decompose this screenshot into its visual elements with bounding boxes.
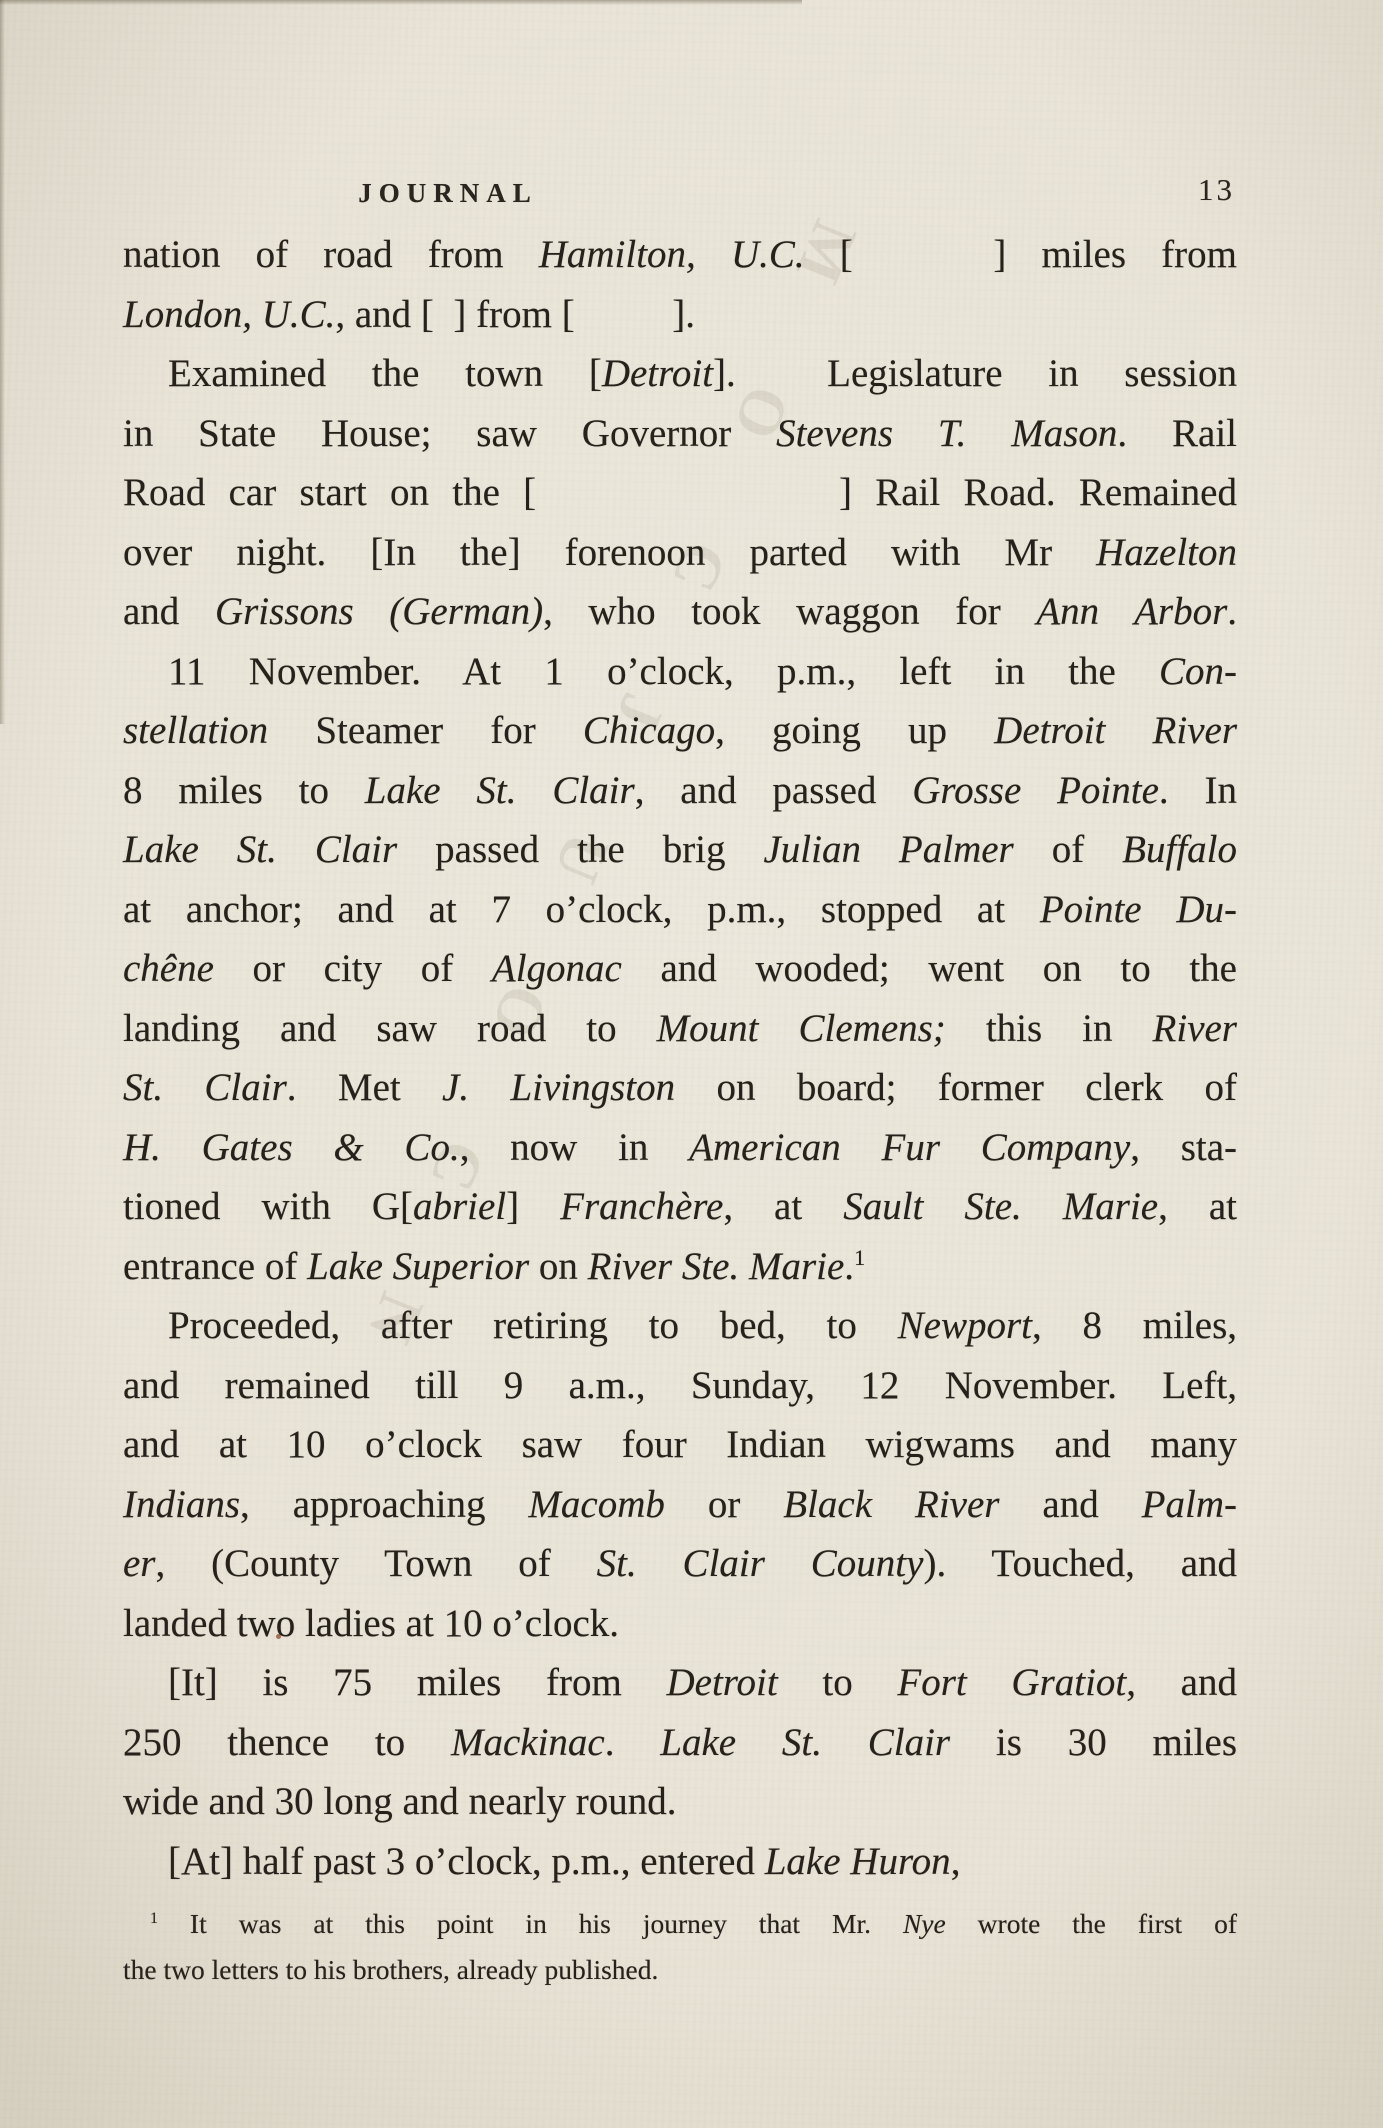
paragraph-newport: Proceeded, after retiring to bed, to New… [123,1296,1237,1653]
text-run: over night. [In the] forenoon parted wit… [123,531,1096,574]
text-run: , at [723,1185,843,1228]
text-run: . Met [287,1066,442,1109]
text-line: over night. [In the] forenoon parted wit… [123,523,1237,583]
italic-text-run: Fort Gratiot [897,1661,1126,1704]
italic-text-run: Lake St. Clair [660,1721,950,1764]
italic-text-run: Buffalo [1122,828,1237,871]
text-run: . [1227,590,1237,633]
text-run: , [951,1840,961,1883]
text-line: 1 It was at this point in his journey th… [123,1901,1237,1947]
text-line: 11 November. At 1 o’clock, p.m., left in… [123,642,1237,702]
italic-text-run: Nye [903,1908,946,1939]
text-run: [ ] miles from [805,233,1237,276]
text-line: Indians, approaching Macomb or Black Riv… [123,1475,1237,1535]
text-line: 8 miles to Lake St. Clair, and passed Gr… [123,761,1237,821]
text-run: and [123,590,215,633]
paragraph-detroit: Examined the town [Detroit]. Legislature… [123,344,1237,642]
text-block: JOURNAL 13 nation of road from Hamilton,… [123,177,1237,1993]
text-line: in State House; saw Governor Stevens T. … [123,404,1237,464]
text-line: at anchor; and at 7 o’clock, p.m., stopp… [123,880,1237,940]
italic-text-run: abriel [413,1185,506,1228]
text-line: Lake St. Clair passed the brig Julian Pa… [123,820,1237,880]
text-line: and at 10 o’clock saw four Indian wigwam… [123,1415,1237,1475]
italic-text-run: London, U.C. [123,293,335,336]
text-line: and Grissons (German), who took waggon f… [123,582,1237,642]
italic-text-run: Mackinac [451,1721,605,1764]
footnote-marker: 1 [854,1245,865,1270]
text-run: tioned with G[ [123,1185,413,1228]
italic-text-run: Pointe Du- [1040,888,1237,931]
text-run: , (County Town of [156,1542,597,1585]
text-run: this in [946,1007,1153,1050]
text-line: H. Gates & Co., now in American Fur Comp… [123,1118,1237,1178]
text-line: landed two ladies at 10 o’clock. [123,1594,1237,1654]
italic-text-run: Franchère [560,1185,723,1228]
italic-text-run: Grissons (German) [215,590,543,633]
text-line: London, U.C., and [ ] from [ ]. [123,285,1237,345]
text-run: ] [506,1185,560,1228]
text-run: and [999,1483,1141,1526]
text-line: and remained till 9 a.m., Sunday, 12 Nov… [123,1356,1237,1416]
text-line: nation of road from Hamilton, U.C. [ ] m… [123,225,1237,285]
text-run: entrance of [123,1245,307,1288]
italic-text-run: chêne [123,947,214,990]
text-run: on board; former clerk of [675,1066,1237,1109]
italic-text-run: Sault Ste. Marie [843,1185,1158,1228]
text-run: [At] half past 3 o’clock, p.m., entered [168,1840,765,1883]
text-line: [It] is 75 miles from Detroit to Fort Gr… [123,1653,1237,1713]
text-run: Proceeded, after retiring to bed, to [168,1304,898,1347]
scan-edge-top [0,0,802,5]
scanned-page: { "colors": { "paper": "#e9e4d8", "ink":… [0,0,1383,2128]
italic-text-run: Lake Huron [765,1840,951,1883]
italic-text-run: Lake St. Clair [365,769,635,812]
paragraph-lake-huron: [At] half past 3 o’clock, p.m., entered … [123,1832,1237,1892]
text-run: It was at this point in his journey that… [158,1908,903,1939]
italic-text-run: Black River [783,1483,999,1526]
italic-text-run: Macomb [528,1483,664,1526]
page-title: JOURNAL [358,178,538,209]
italic-text-run: St. Clair [123,1066,287,1109]
text-run: or city of [214,947,492,990]
italic-text-run: Lake Superior [307,1245,529,1288]
text-run: [It] is 75 miles from [168,1661,666,1704]
text-run: or [665,1483,783,1526]
text-line: Examined the town [Detroit]. Legislature… [123,344,1237,404]
italic-text-run: Con- [1159,650,1237,693]
scan-edge-left [0,0,5,724]
italic-text-run: Hamilton, U.C. [539,233,805,276]
text-run: , now in [460,1126,689,1169]
italic-text-run: Stevens T. Mason [776,412,1117,455]
text-run: nation of road from [123,233,539,276]
text-line: Proceeded, after retiring to bed, to New… [123,1296,1237,1356]
text-line: 250 thence to Mackinac. Lake St. Clair i… [123,1713,1237,1773]
text-run: and wooded; went on to the [622,947,1237,990]
italic-text-run: Grosse Pointe [912,769,1159,812]
text-run: , at [1158,1185,1237,1228]
text-line: Road car start on the [ ] Rail Road. Rem… [123,463,1237,523]
text-line: tioned with G[abriel] Franchère, at Saul… [123,1177,1237,1237]
text-line: St. Clair. Met J. Livingston on board; f… [123,1058,1237,1118]
italic-text-run: stellation [123,709,268,752]
italic-text-run: Chicago [583,709,715,752]
italic-text-run: H. Gates & Co. [123,1126,460,1169]
text-run: , and passed [635,769,913,812]
paragraph-11-november: 11 November. At 1 o’clock, p.m., left in… [123,642,1237,1297]
text-run: to [778,1661,898,1704]
text-run: , and [1126,1661,1237,1704]
text-run: of [1014,828,1122,871]
footnote: 1 It was at this point in his journey th… [123,1901,1237,1993]
text-line: the two letters to his brothers, already… [123,1947,1237,1993]
text-run: , who took waggon for [543,590,1036,633]
italic-text-run: Palm- [1142,1483,1237,1526]
text-run: Road car start on the [ ] Rail Road. Rem… [123,471,1237,514]
text-run: , and [ ] from [ ]. [335,293,695,336]
italic-text-run: River [1153,1007,1237,1050]
text-line: er, (County Town of St. Clair County). T… [123,1534,1237,1594]
text-line: stellation Steamer for Chicago, going up… [123,701,1237,761]
text-run: , going up [715,709,994,752]
italic-text-run: Mount Clemens; [657,1007,946,1050]
italic-text-run: Indians [123,1483,240,1526]
italic-text-run: Detroit River [994,709,1237,752]
text-run: 250 thence to [123,1721,451,1764]
text-run: 11 November. At 1 o’clock, p.m., left in… [168,650,1159,693]
text-line: entrance of Lake Superior on River Ste. … [123,1237,1237,1297]
italic-text-run: River Ste. Marie [588,1245,845,1288]
text-run: passed the brig [397,828,763,871]
text-run: wide and 30 long and nearly round. [123,1780,676,1823]
paragraph-continuation: nation of road from Hamilton, U.C. [ ] m… [123,225,1237,344]
italic-text-run: Newport [898,1304,1032,1347]
text-run: is 30 miles [950,1721,1237,1764]
italic-text-run: Hazelton [1096,531,1237,574]
text-run: Steamer for [268,709,583,752]
text-run: the two letters to his brothers, already… [123,1954,658,1985]
italic-text-run: Julian Palmer [763,828,1013,871]
italic-text-run: Algonac [492,947,622,990]
footnote-marker: 1 [150,1910,158,1927]
text-run: at anchor; and at 7 o’clock, p.m., stopp… [123,888,1040,931]
text-line: landing and saw road to Mount Clemens; t… [123,999,1237,1059]
text-run: , 8 miles, [1032,1304,1237,1347]
italic-text-run: Detroit [666,1661,777,1704]
italic-text-run: American Fur Company [689,1126,1130,1169]
italic-text-run: Ann Arbor [1036,590,1227,633]
page-body: nation of road from Hamilton, U.C. [ ] m… [123,225,1237,1993]
italic-text-run: Lake St. Clair [123,828,397,871]
italic-text-run: J. Livingston [442,1066,675,1109]
italic-text-run: er [123,1542,156,1585]
text-run: 8 miles to [123,769,365,812]
text-line: chêne or city of Algonac and wooded; wen… [123,939,1237,999]
italic-text-run: Detroit [602,352,713,395]
text-run: and remained till 9 a.m., Sunday, 12 Nov… [123,1364,1237,1407]
text-line: wide and 30 long and nearly round. [123,1772,1237,1832]
text-run: ]. Legislature in session [713,352,1237,395]
text-run: , sta- [1130,1126,1237,1169]
text-run: , approaching [240,1483,528,1526]
text-run: on [529,1245,588,1288]
text-run: . Rail [1117,412,1237,455]
italic-text-run: St. Clair County [597,1542,924,1585]
text-run: Examined the town [ [168,352,602,395]
text-run: wrote the first of [946,1908,1237,1939]
text-run: landed two ladies at 10 o’clock. [123,1602,619,1645]
text-run: landing and saw road to [123,1007,657,1050]
running-head: JOURNAL 13 [123,177,1237,225]
page-number: 13 [1198,172,1235,208]
text-run: and at 10 o’clock saw four Indian wigwam… [123,1423,1237,1466]
text-line: [At] half past 3 o’clock, p.m., entered … [123,1832,1237,1892]
text-run: . [844,1245,854,1288]
paragraph-distances: [It] is 75 miles from Detroit to Fort Gr… [123,1653,1237,1832]
text-run: in State House; saw Governor [123,412,776,455]
text-run: . In [1159,769,1237,812]
text-run: ). Touched, and [923,1542,1237,1585]
text-run: . [605,1721,661,1764]
